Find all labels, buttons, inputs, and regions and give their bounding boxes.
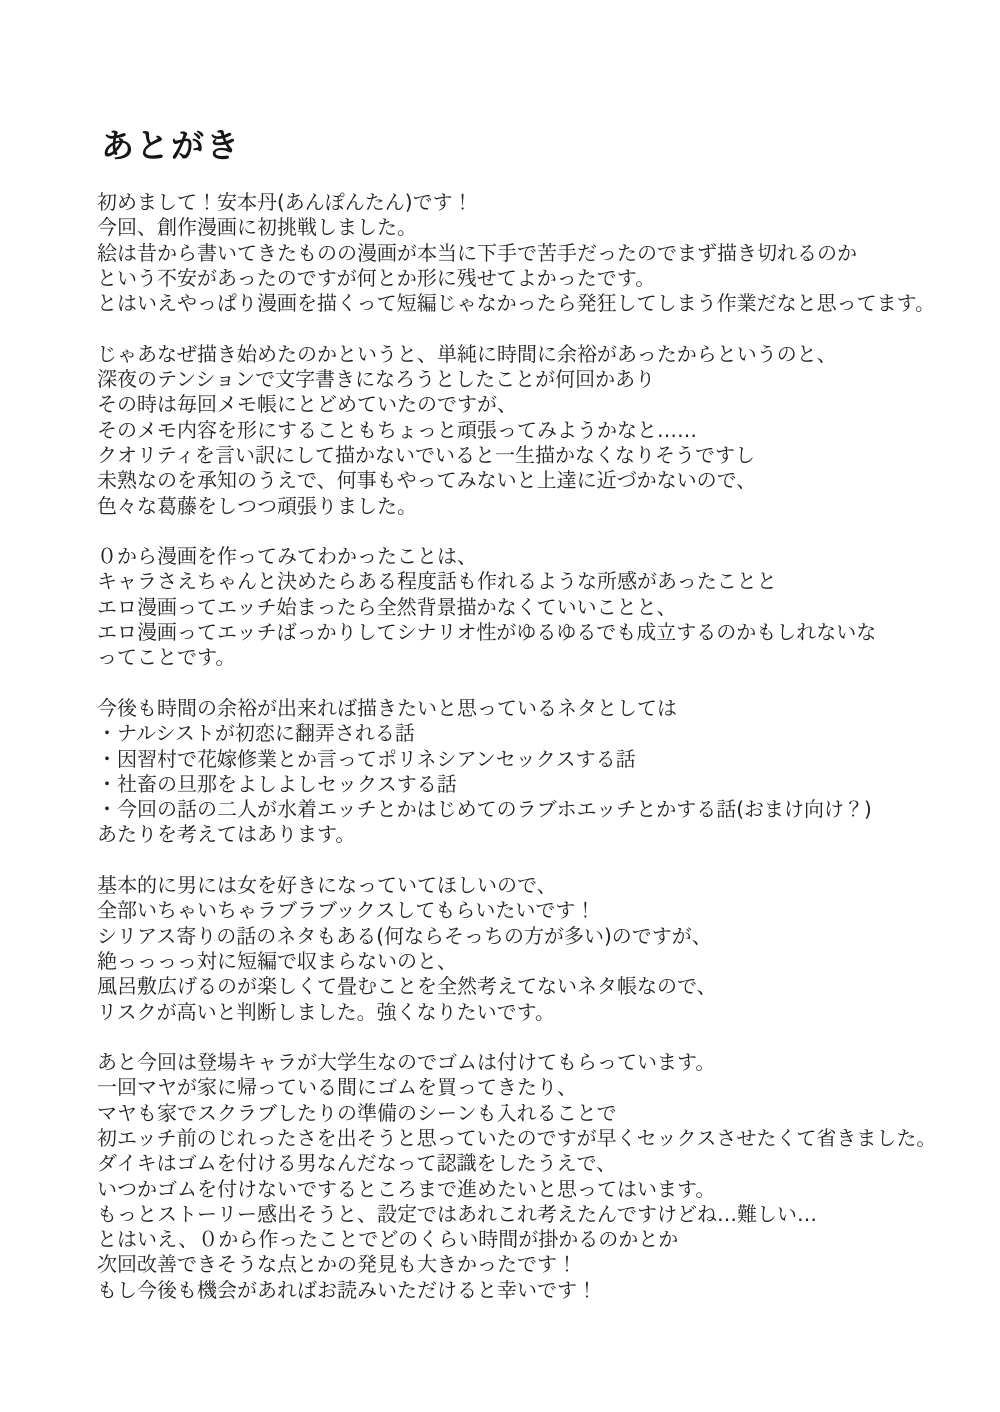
text-line: ・社畜の旦那をよしよしセックスする話 bbox=[97, 772, 967, 797]
paragraph: 初めまして！安本丹(あんぽんたん)です！今回、創作漫画に初挑戦しました。絵は昔か… bbox=[97, 190, 967, 316]
text-line: ダイキはゴムを付ける男なんだなって認識をしたうえで、 bbox=[97, 1151, 967, 1176]
text-line: もっとストーリー感出そうと、設定ではあれこれ考えたんですけどね…難しい… bbox=[97, 1202, 967, 1227]
text-line: 基本的に男には女を好きになっていてほしいので、 bbox=[97, 873, 967, 898]
text-line: もし今後も機会があればお読みいただけると幸いです！ bbox=[97, 1278, 967, 1303]
afterword-page: あとがき 初めまして！安本丹(あんぽんたん)です！今回、創作漫画に初挑戦しました… bbox=[0, 0, 1000, 1412]
text-line: 今回、創作漫画に初挑戦しました。 bbox=[97, 215, 967, 240]
text-line: ・ナルシストが初恋に翻弄される話 bbox=[97, 721, 967, 746]
text-line: 色々な葛藤をしつつ頑張りました。 bbox=[97, 494, 967, 519]
text-line: 絶っっっっ対に短編で収まらないのと、 bbox=[97, 949, 967, 974]
text-line: いつかゴムを付けないでするところまで進めたいと思ってはいます。 bbox=[97, 1177, 967, 1202]
text-line: ってことです。 bbox=[97, 645, 967, 670]
text-line: じゃあなぜ描き始めたのかというと、単純に時間に余裕があったからというのと、 bbox=[97, 342, 967, 367]
text-line: 全部いちゃいちゃラブラブックスしてもらいたいです！ bbox=[97, 898, 967, 923]
paragraph: ０から漫画を作ってみてわかったことは、キャラさえちゃんと決めたらある程度話も作れ… bbox=[97, 544, 967, 670]
text-line: 初エッチ前のじれったさを出そうと思っていたのですが早くセックスさせたくて省きまし… bbox=[97, 1126, 967, 1151]
text-line: エロ漫画ってエッチ始まったら全然背景描かなくていいことと、 bbox=[97, 595, 967, 620]
text-line: ・今回の話の二人が水着エッチとかはじめてのラブホエッチとかする話(おまけ向け？) bbox=[97, 797, 967, 822]
paragraph: あと今回は登場キャラが大学生なのでゴムは付けてもらっています。一回マヤが家に帰っ… bbox=[97, 1050, 967, 1303]
text-line: 今後も時間の余裕が出来れば描きたいと思っているネタとしては bbox=[97, 696, 967, 721]
paragraph: 基本的に男には女を好きになっていてほしいので、全部いちゃいちゃラブラブックスして… bbox=[97, 873, 967, 1025]
text-line: 風呂敷広げるのが楽しくて畳むことを全然考えてないネタ帳なので、 bbox=[97, 974, 967, 999]
afterword-body: 初めまして！安本丹(あんぽんたん)です！今回、創作漫画に初挑戦しました。絵は昔か… bbox=[97, 190, 967, 1328]
text-line: 絵は昔から書いてきたものの漫画が本当に下手で苦手だったのでまず描き切れるのか bbox=[97, 241, 967, 266]
text-line: エロ漫画ってエッチばっかりしてシナリオ性がゆるゆるでも成立するのかもしれないな bbox=[97, 620, 967, 645]
text-line: という不安があったのですが何とか形に残せてよかったです。 bbox=[97, 266, 967, 291]
text-line: あたりを考えてはあります。 bbox=[97, 822, 967, 847]
text-line: ・因習村で花嫁修業とか言ってポリネシアンセックスする話 bbox=[97, 747, 967, 772]
text-line: マヤも家でスクラブしたりの準備のシーンも入れることで bbox=[97, 1101, 967, 1126]
text-line: とはいえやっぱり漫画を描くって短編じゃなかったら発狂してしまう作業だなと思ってま… bbox=[97, 291, 967, 316]
text-line: クオリティを言い訳にして描かないでいると一生描かなくなりそうですし bbox=[97, 443, 967, 468]
text-line: シリアス寄りの話のネタもある(何ならそっちの方が多い)のですが、 bbox=[97, 924, 967, 949]
text-line: そのメモ内容を形にすることもちょっと頑張ってみようかなと…… bbox=[97, 418, 967, 443]
text-line: あと今回は登場キャラが大学生なのでゴムは付けてもらっています。 bbox=[97, 1050, 967, 1075]
text-line: とはいえ、０から作ったことでどのくらい時間が掛かるのかとか bbox=[97, 1227, 967, 1252]
text-line: 初めまして！安本丹(あんぽんたん)です！ bbox=[97, 190, 967, 215]
paragraph: じゃあなぜ描き始めたのかというと、単純に時間に余裕があったからというのと、深夜の… bbox=[97, 342, 967, 519]
text-line: ０から漫画を作ってみてわかったことは、 bbox=[97, 544, 967, 569]
text-line: その時は毎回メモ帳にとどめていたのですが、 bbox=[97, 392, 967, 417]
paragraph: 今後も時間の余裕が出来れば描きたいと思っているネタとしては・ナルシストが初恋に翻… bbox=[97, 696, 967, 848]
text-line: 次回改善できそうな点とかの発見も大きかったです！ bbox=[97, 1252, 967, 1277]
text-line: 一回マヤが家に帰っている間にゴムを買ってきたり、 bbox=[97, 1075, 967, 1100]
text-line: 深夜のテンションで文字書きになろうとしたことが何回かあり bbox=[97, 367, 967, 392]
page-title: あとがき bbox=[101, 125, 241, 167]
text-line: リスクが高いと判断しました。強くなりたいです。 bbox=[97, 1000, 967, 1025]
text-line: キャラさえちゃんと決めたらある程度話も作れるような所感があったことと bbox=[97, 569, 967, 594]
text-line: 未熟なのを承知のうえで、何事もやってみないと上達に近づかないので、 bbox=[97, 468, 967, 493]
